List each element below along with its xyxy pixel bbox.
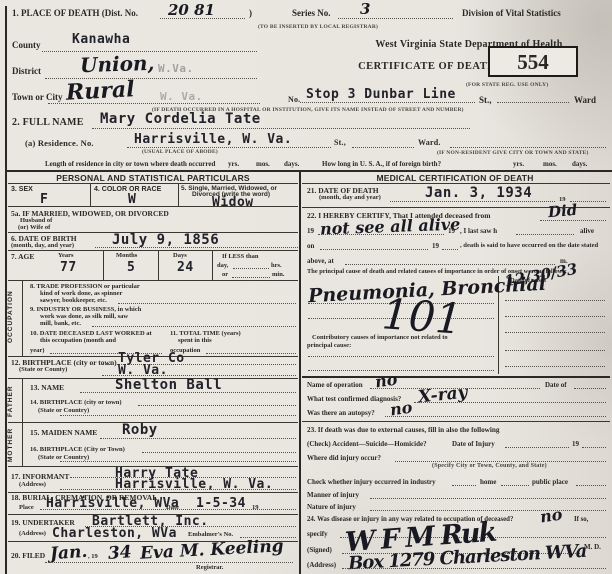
father-birthplace-label: 14. BIRTHPLACE (city or town) — [30, 399, 122, 406]
undertaker-address-value: Charleston, WVa — [52, 526, 177, 541]
md-label: M. D. — [584, 543, 601, 551]
ruling-dotted-line — [100, 438, 296, 439]
ruling-dotted-line — [516, 234, 574, 235]
district-value: Union, — [80, 51, 155, 78]
ruling-dotted-line — [370, 510, 606, 511]
place-of-death-label: 1. PLACE OF DEATH (Dist. No. — [12, 8, 138, 18]
ruling-dotted-line — [118, 303, 296, 304]
mos-label: mos. — [256, 160, 270, 168]
ruling-dotted-line — [92, 326, 296, 327]
ruling-dotted-line — [505, 350, 605, 351]
series-label: Series No. — [292, 8, 331, 18]
mother-maiden-label: 15. MAIDEN NAME — [30, 428, 97, 437]
ruling-dotted-line — [582, 447, 606, 448]
address-label: (Address) — [307, 561, 336, 569]
home-label: home — [480, 478, 496, 486]
certify-hw1: Did — [547, 201, 578, 221]
medical-section-title: MEDICAL CERTIFICATION OF DEATH — [302, 173, 608, 183]
certify-above-at: above, at — [307, 257, 334, 265]
age-days-header: Days — [173, 252, 187, 259]
mother-maiden-value: Roby — [122, 422, 158, 438]
check-where-label: Check whether injury occurred in industr… — [307, 478, 436, 486]
ruling-dotted-line — [138, 405, 296, 406]
full-name-value: Mary Cordelia Tate — [100, 111, 261, 127]
district-label: District — [12, 66, 41, 76]
ruling-dotted-line — [505, 332, 605, 333]
manner-label: Manner of injury — [307, 491, 359, 499]
county-label: County — [12, 40, 41, 50]
operation-date-label: Date of — [545, 381, 567, 389]
public-place-label: public place — [532, 478, 568, 486]
certify-on: on — [307, 242, 314, 250]
ruling-dotted-line — [505, 447, 569, 448]
rule — [8, 250, 298, 251]
ruling-dotted-line — [40, 509, 296, 510]
age-or-label: or — [222, 271, 228, 278]
street-value: Stop 3 Dunbar Line — [306, 87, 456, 102]
trade-label-3: sawyer, bookkeeper, etc. — [40, 297, 107, 304]
st-label: St., — [479, 95, 492, 105]
where-label: Where did injury occur? — [307, 454, 381, 462]
embalmer-label: Embalmer's No. — [188, 531, 233, 538]
specify-city-note: (Specify City or Town, County, and State… — [432, 463, 547, 469]
ruling-dotted-line — [45, 562, 293, 563]
test-label: What test confirmed diagnosis? — [307, 395, 401, 403]
ruling-dotted-line — [60, 461, 296, 462]
personal-section-title: PERSONAL AND STATISTICAL PARTICULARS — [8, 173, 298, 183]
if-so-label: If so, — [574, 516, 588, 523]
cell-divider — [90, 184, 91, 206]
informant-sublabel: (Address) — [19, 481, 46, 488]
ruling-dotted-line — [320, 249, 428, 250]
cell-divider — [212, 250, 213, 280]
total-time-label-2: spent in this — [178, 337, 212, 344]
ruling-dotted-line — [102, 375, 296, 376]
certificate-number-box: 554 — [488, 46, 578, 77]
age-min-label: min. — [272, 271, 284, 278]
marital-value: Widow — [212, 195, 254, 210]
yrs-label-2: yrs. — [513, 160, 524, 168]
last-worked-label-1: 10. DATE DECEASED LAST WORKED at — [30, 330, 152, 337]
rule — [8, 206, 298, 207]
certify-stated: , death is said to have occurred on the … — [460, 242, 598, 249]
ruling-dotted-line — [127, 147, 331, 148]
trade-label-2: kind of work done, as spinner — [40, 290, 122, 297]
filed-19-label: , 19 — [88, 553, 98, 560]
ruling-dotted-line — [497, 102, 569, 103]
cell-divider — [103, 250, 104, 280]
residence-value: Harrisville, W. Va. — [134, 132, 292, 147]
industry-label-2: work was done, as silk mill, saw — [40, 313, 128, 320]
cell-divider — [158, 250, 159, 280]
mos-label-2: mos. — [543, 160, 557, 168]
abode-note: (USUAL PLACE OF ABODE) — [142, 149, 218, 155]
nature-label: Nature of injury — [307, 503, 356, 511]
ruling-dotted-line — [233, 268, 269, 269]
ward-label: Ward — [574, 95, 596, 105]
ruling-dotted-line — [414, 402, 606, 403]
ruling-dotted-line — [80, 392, 296, 393]
column-divider — [299, 171, 301, 574]
rule — [302, 421, 610, 422]
certify-19b: 19 — [448, 227, 455, 235]
father-name-label: 13. NAME — [30, 383, 64, 392]
ruling-dotted-line — [395, 461, 606, 462]
state-use-note: (FOR STATE REG. USE ONLY) — [466, 82, 548, 88]
rule — [8, 280, 298, 281]
signed-label: (Signed) — [307, 546, 332, 554]
ruling-dotted-line — [60, 489, 296, 490]
ruling-dotted-line — [342, 568, 606, 569]
rule — [302, 183, 610, 184]
certify-19c: 19 — [432, 242, 439, 250]
filed-label: 20. FILED — [11, 551, 45, 560]
header-divider — [6, 170, 612, 172]
death-certificate-scan: 1. PLACE OF DEATH (Dist. No. 20 81 ) Ser… — [0, 0, 612, 574]
street-no-label: No. — [288, 95, 300, 104]
ruling-dotted-line — [48, 103, 260, 104]
side-bracket — [22, 378, 23, 422]
wife-label: (or) Wife of — [18, 224, 50, 231]
industry-label-3: mill, bank, etc. — [40, 320, 81, 327]
ruling-dotted-line — [505, 366, 605, 367]
ruling-dotted-line — [206, 353, 296, 354]
age-years-header: Years — [58, 252, 74, 259]
age-less-note-2: day, — [217, 262, 228, 269]
father-birthplace-sublabel: (State or Country) — [38, 407, 89, 414]
ruling-dotted-line — [370, 498, 606, 499]
division-label: Division of Vital Statistics — [462, 8, 561, 18]
age-months-value: 5 — [127, 260, 135, 275]
ruling-dotted-line — [338, 18, 453, 19]
ruling-dotted-line — [318, 234, 444, 235]
local-registrar-note: (TO BE INSERTED BY LOCAL REGISTRAR) — [258, 24, 378, 30]
ruling-dotted-line — [574, 388, 606, 389]
contributory-label-1: Contributory causes of importance not re… — [312, 334, 448, 341]
town-value: Rural — [65, 76, 135, 106]
husband-label: Husband of — [20, 217, 52, 224]
side-bracket — [22, 422, 23, 466]
mother-birthplace-sublabel: (State or Country) — [38, 454, 89, 461]
ruling-dotted-line — [540, 220, 606, 221]
ruling-dotted-line — [232, 277, 270, 278]
age-months-header: Months — [116, 252, 137, 259]
operation-label: Name of operation — [307, 381, 363, 389]
nonresident-note: (IF NON-RESIDENT GIVE CITY OR TOWN AND S… — [437, 150, 589, 156]
usa-length-label: How long in U. S. A., if of foreign birt… — [322, 160, 441, 168]
ruling-dotted-line — [308, 356, 494, 357]
registrar-label: Registrar. — [196, 564, 223, 571]
date-of-death-value: Jan. 3, 1934 — [425, 185, 532, 201]
autopsy-label: Was there an autopsy? — [307, 409, 375, 417]
age-days-value: 24 — [177, 260, 194, 275]
age-years-value: 77 — [60, 260, 77, 275]
days-label-2: days. — [572, 160, 587, 168]
occupation-related-value: no — [539, 505, 564, 527]
race-value: W — [128, 192, 136, 207]
town-label: Town or City — [12, 92, 63, 102]
trade-label-1: 8. TRADE PROFESSION or particular — [30, 283, 140, 290]
mother-birthplace-label: 16. BIRTHPLACE (City or Town) — [30, 446, 125, 453]
sex-label: 3. SEX — [11, 186, 33, 193]
certify-19a: 19 — [307, 227, 314, 235]
cell-divider — [178, 184, 179, 206]
sex-value: F — [40, 192, 48, 207]
external-label: 23. If death was due to external causes,… — [307, 426, 499, 434]
filed-month-value: Jan. — [49, 542, 88, 565]
specify-label: specify — [307, 530, 328, 538]
ruling-dotted-line — [352, 147, 414, 148]
ruling-dotted-line — [450, 147, 606, 148]
rule — [302, 376, 610, 378]
birthplace-sublabel: (State or County) — [19, 366, 67, 373]
ruling-dotted-line — [390, 201, 555, 202]
ruling-dotted-line — [576, 485, 606, 486]
test-value: X-ray — [417, 382, 468, 407]
side-bracket — [22, 281, 23, 356]
dist-no-value: 20 81 — [168, 1, 215, 19]
residence-label: (a) Residence. No. — [25, 138, 94, 148]
ruling-dotted-line — [345, 264, 555, 265]
ruling-dotted-line — [442, 249, 458, 250]
injury-date-label: Date of Injury — [452, 440, 495, 448]
ruling-dotted-line — [300, 102, 475, 103]
county-value: Kanawha — [72, 32, 130, 47]
last-worked-label-2: this occupation (month and — [40, 337, 116, 344]
certify-lastsaw: , I last saw h — [460, 227, 497, 235]
rule — [8, 183, 298, 184]
filed-year-value: 34 — [107, 542, 132, 564]
age-less-note-1: If LESS than — [222, 253, 259, 260]
ruling-dotted-line — [308, 370, 494, 371]
date-of-death-sublabel: (month, day and year) — [319, 194, 381, 201]
industry-label-1: 9. INDUSTRY OR BUSINESS, in which — [30, 306, 141, 313]
occupation-side-label: OCCUPATION — [7, 282, 21, 352]
ruling-dotted-line — [92, 128, 470, 129]
ruling-dotted-line — [452, 485, 476, 486]
ruling-dotted-line — [501, 485, 529, 486]
undertaker-sublabel: (Address) — [19, 530, 46, 537]
days-label: days. — [284, 160, 299, 168]
age-label: 7. AGE — [11, 252, 34, 261]
series-value: 3 — [360, 0, 370, 18]
contributory-label-2: principal cause: — [307, 342, 351, 349]
check-label: (Check) Accident—Suicide—Homicide? — [307, 440, 427, 448]
ruling-dotted-line — [142, 452, 296, 453]
informant-label: 17. INFORMANT — [11, 472, 69, 481]
residence-st-label: St., — [334, 138, 346, 147]
ruling-dotted-line — [160, 18, 245, 19]
total-time-label-1: 11. TOTAL TIME (years) — [170, 330, 241, 337]
ruling-dotted-line — [385, 416, 606, 417]
paren-close: ) — [249, 8, 252, 18]
residence-ward-label: Ward. — [418, 138, 441, 147]
dob-value: July 9, 1856 — [112, 232, 219, 248]
full-name-label: 2. FULL NAME — [12, 117, 84, 128]
ruling-dotted-line — [95, 247, 298, 248]
length-residence-label: Length of residence in city or town wher… — [45, 160, 215, 168]
last-worked-label-3: year) — [30, 347, 44, 354]
age-hrs-label: hrs. — [271, 262, 282, 269]
injury-19: 19 — [572, 440, 579, 448]
mother-side-label: MOTHER — [7, 423, 21, 466]
yrs-label: yrs. — [228, 160, 239, 168]
father-side-label: FATHER — [7, 379, 21, 423]
certify-alive: alive — [580, 227, 594, 235]
ruling-dotted-line — [505, 316, 605, 317]
dob-sublabel: (month, day, and year) — [11, 242, 74, 249]
father-name-value: Shelton Ball — [115, 377, 222, 393]
town-value-state: W. Va. — [160, 90, 203, 103]
district-value-state: W.Va. — [158, 62, 194, 75]
burial-place-label: Place — [19, 504, 34, 511]
ruling-dotted-line — [505, 300, 605, 301]
ruling-dotted-line — [60, 415, 296, 416]
certificate-number: 554 — [517, 50, 549, 74]
